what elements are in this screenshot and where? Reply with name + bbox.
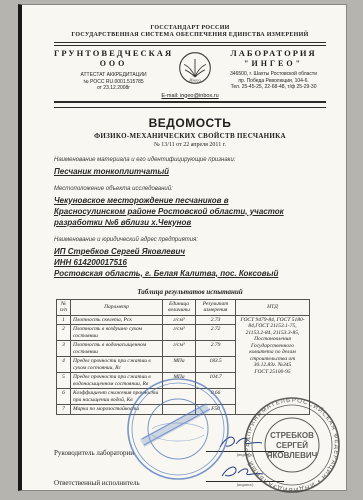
row-result: 2.72 — [196, 325, 236, 341]
location-value-line2: Красносулинском районе Ростовской област… — [54, 206, 326, 217]
row-num: 7 — [57, 405, 71, 415]
table-header-row: № п/п Параметр Единица величины Результа… — [57, 299, 310, 315]
gost-header-line2: ГОСУДАРСТВЕННАЯ СИСТЕМА ОБЕСПЕЧЕНИЯ ЕДИН… — [54, 32, 326, 39]
exec-signature-ink — [216, 463, 266, 481]
row-num: 5 — [57, 373, 71, 389]
row-unit: МПа — [163, 357, 196, 373]
results-table: № п/п Параметр Единица величины Результа… — [56, 299, 310, 415]
logo-text: Ингео — [188, 78, 201, 83]
row-unit — [163, 389, 196, 405]
address-line3: Тел. 25-45-25, 22-68-48, т/ф 25-29-30 — [221, 84, 326, 91]
letterhead-left: ГРУНТОВЕДЧЕСКАЯ ООО АТТЕСТАТ АККРЕДИТАЦИ… — [54, 48, 173, 92]
accreditation-line3: от 23.12.2008г — [54, 85, 173, 92]
row-result: 104.7 — [196, 373, 236, 389]
document-page: ГОССТАНДАРТ РОССИИ ГОСУДАРСТВЕННАЯ СИСТЕ… — [18, 4, 347, 491]
divider-double — [54, 42, 326, 46]
org-brand: "ИНГЕО" — [221, 59, 326, 68]
row-num: 1 — [57, 315, 71, 325]
row-num: 6 — [57, 389, 71, 405]
company-value-line3: Ростовская область, г. Белая Калитва, по… — [54, 268, 326, 279]
row-num: 4 — [57, 357, 71, 373]
location-label: Местоположение объекта исследований: — [54, 186, 326, 192]
lab-logo-icon: Ингео — [177, 50, 213, 86]
row-param: Коэффициент снижения прочности при насыщ… — [71, 389, 163, 405]
row-param: Плотность скелета, Рск — [71, 315, 163, 325]
col-header-param: Параметр — [71, 299, 163, 315]
table-caption: Таблица результатов испытаний — [54, 288, 326, 296]
col-header-ntd: НТД — [236, 299, 310, 315]
document-title: ВЕДОМОСТЬ — [54, 116, 326, 130]
head-signature-area: (подпись) — [206, 441, 284, 457]
org-name-right: ЛАБОРАТОРИЯ — [221, 48, 326, 58]
row-param: Предел прочности при сжатии в водонасыще… — [71, 373, 163, 389]
gost-header-line1: ГОССТАНДАРТ РОССИИ — [54, 25, 326, 32]
head-of-lab-label: Руководитель лаборатории — [54, 449, 172, 457]
row-num: 2 — [57, 325, 71, 341]
org-name-left: ГРУНТОВЕДЧЕСКАЯ — [54, 48, 173, 58]
row-unit: МПа — [163, 373, 196, 389]
col-header-num: № п/п — [57, 299, 71, 315]
letterhead-logo: Ингео — [177, 48, 217, 91]
row-unit — [163, 405, 196, 415]
signature-caption: (подпись) — [206, 482, 284, 487]
row-param: Марка по морозостойкости — [71, 405, 163, 415]
divider-thick — [54, 101, 326, 108]
email-line: E-mail: ingeo@inbox.ru — [54, 93, 326, 99]
col-header-unit: Единица величины — [163, 299, 196, 315]
signature-row-head: Руководитель лаборатории (подпись) — [54, 441, 326, 457]
signature-caption: (подпись) — [206, 452, 284, 457]
material-value: Песчаник тонкоплитчатый — [54, 166, 326, 177]
letterhead-right: ЛАБОРАТОРИЯ "ИНГЕО" 346500, г. Шахты Рос… — [221, 48, 326, 91]
row-num: 3 — [57, 341, 71, 357]
row-result: 2.79 — [196, 341, 236, 357]
row-param: Плотность в воздушно сухом состоянии — [71, 325, 163, 341]
row-param: Плотность в водонасыщенном состоянии — [71, 341, 163, 357]
address-line1: 346500, г. Шахты Ростовской области — [221, 71, 326, 78]
row-unit: г/см³ — [163, 315, 196, 325]
accreditation-block: АТТЕСТАТ АККРЕДИТАЦИИ № РОСС RU.0001.515… — [54, 72, 173, 92]
location-value-line1: Чекуновское месторождение песчаников в — [54, 195, 326, 206]
row-unit: г/см³ — [163, 341, 196, 357]
location-value-line3: разработки №6 вблизи х.Чекунов — [54, 217, 326, 228]
company-value-line2: ИНН 614200017516 — [54, 257, 326, 268]
company-label: Наименование и юридический адрес предпри… — [54, 237, 326, 243]
col-header-result: Результат измерения — [196, 299, 236, 315]
row-result: 183.5 — [196, 357, 236, 373]
org-type: ООО — [54, 59, 173, 68]
row-param: Предел прочности при сжатии в сухом сост… — [71, 357, 163, 373]
row-result: 0.66 — [196, 389, 236, 405]
company-value-line1: ИП Стребков Сергей Яковлевич — [54, 246, 326, 257]
exec-signature-area: (подпись) — [206, 471, 284, 487]
table-row: 1 Плотность скелета, Рск г/см³ 2.73 ГОСТ… — [57, 315, 310, 325]
row-result: F50 — [196, 405, 236, 415]
material-label: Наименование материала и его идентифицир… — [54, 157, 326, 163]
document-number: № 13/11 от 22 апреля 2011 г. — [54, 142, 326, 148]
letterhead: ГРУНТОВЕДЧЕСКАЯ ООО АТТЕСТАТ АККРЕДИТАЦИ… — [54, 48, 326, 92]
scanned-document: ГОССТАНДАРТ РОССИИ ГОСУДАРСТВЕННАЯ СИСТЕ… — [0, 0, 363, 500]
document-subtitle: ФИЗИКО-МЕХАНИЧЕСКИХ СВОЙСТВ ПЕСЧАНИКА — [54, 132, 326, 140]
signature-row-exec: Ответственный исполнитель (подпись) — [54, 471, 326, 487]
ntd-cell: ГОСТ 9479-84, ГОСТ 5180-84,ГОСТ 21153.1-… — [236, 315, 310, 414]
address-block: 346500, г. Шахты Ростовской области пр. … — [221, 71, 326, 91]
responsible-executor-label: Ответственный исполнитель — [54, 479, 172, 487]
head-signature-ink — [216, 433, 266, 451]
row-unit: г/см³ — [163, 325, 196, 341]
stamp-center-line1: СТРЕБКОВ — [270, 431, 314, 440]
row-result: 2.73 — [196, 315, 236, 325]
